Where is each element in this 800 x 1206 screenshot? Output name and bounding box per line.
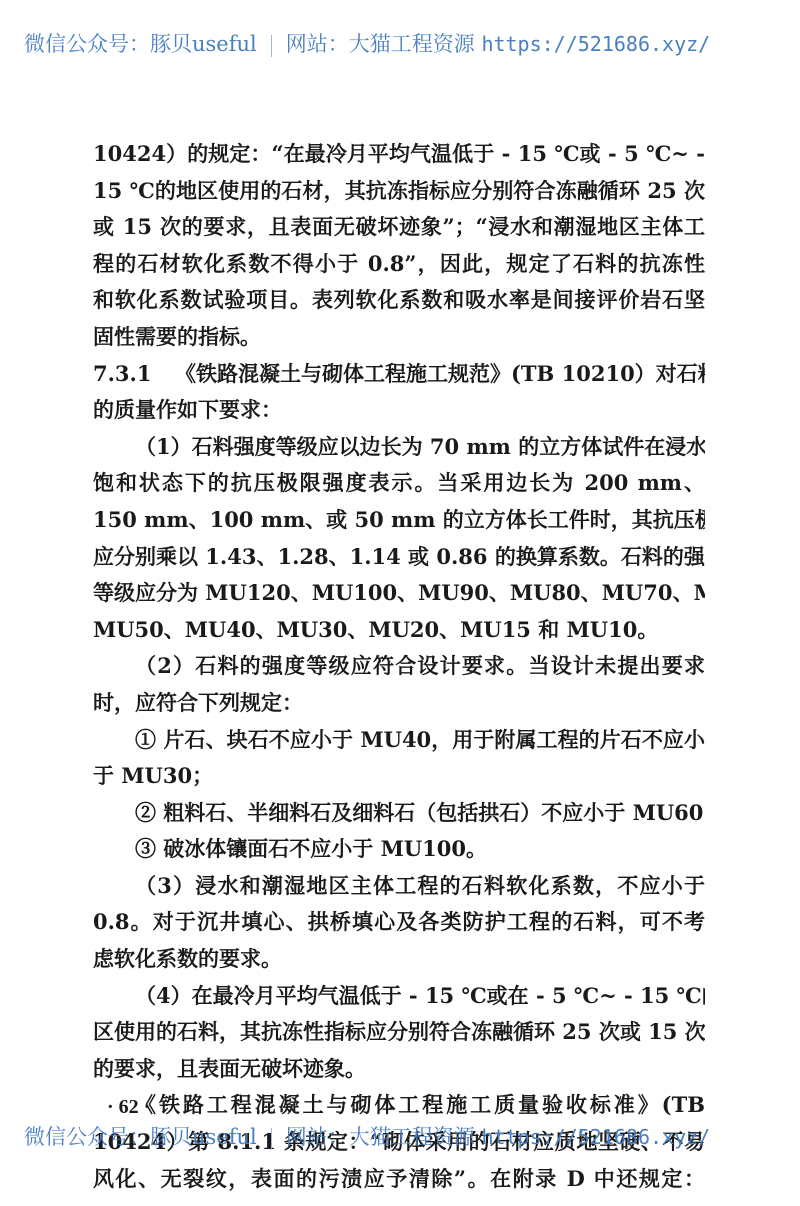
item-1-line: MU50、MU40、MU30、MU20、MU15 和 MU10。 — [93, 612, 705, 649]
watermark-divider — [271, 1128, 272, 1150]
watermark-site: 网站：大猫工程资源 — [286, 1125, 475, 1149]
item-3-line: 虑软化系数的要求。 — [93, 941, 705, 978]
watermark-url[interactable]: https://521686.xyz/ — [481, 1125, 710, 1149]
section-heading: 7.3.1《铁路混凝土与砌体工程施工规范》(TB 10210）对石料 — [93, 356, 705, 393]
watermark-divider — [271, 35, 272, 57]
sub-item-1: ① 片石、块石不应小于 MU40，用于附属工程的片石不应小 — [93, 722, 705, 759]
watermark-url[interactable]: https://521686.xyz/ — [481, 32, 710, 56]
watermark-wechat: 微信公众号：豚贝useful — [24, 1125, 257, 1149]
watermark-footer: 微信公众号：豚贝useful网站：大猫工程资源 https://521686.x… — [24, 1121, 784, 1151]
item-1-line: 等级应分为 MU120、MU100、MU90、MU80、MU70、MU60、 — [93, 575, 705, 612]
document-page: 10424）的规定：“在最冷月平均气温低于 - 15 ℃或 - 5 ℃~ - 1… — [93, 136, 705, 1197]
body-line: 程的石材软化系数不得小于 0.8”，因此，规定了石料的抗冻性 — [93, 246, 705, 283]
watermark-site: 网站：大猫工程资源 — [286, 32, 475, 56]
item-4-line: 区使用的石料，其抗冻性指标应分别符合冻融循环 25 次或 15 次 — [93, 1014, 705, 1051]
watermark-header: 微信公众号：豚贝useful网站：大猫工程资源 https://521686.x… — [24, 28, 784, 58]
standard-line: 风化、无裂纹，表面的污渍应予清除”。在附录 D 中还规定： — [93, 1161, 705, 1198]
item-2-line: 时，应符合下列规定： — [93, 685, 705, 722]
body-line: 15 ℃的地区使用的石材，其抗冻指标应分别符合冻融循环 25 次 — [93, 173, 705, 210]
body-line: 和软化系数试验项目。表列软化系数和吸水率是间接评价岩石坚 — [93, 282, 705, 319]
body-line: 10424）的规定：“在最冷月平均气温低于 - 15 ℃或 - 5 ℃~ - — [93, 136, 705, 173]
section-number: 7.3.1 — [93, 356, 175, 393]
body-line: 固性需要的指标。 — [93, 319, 705, 356]
standard-line: 《铁路工程混凝土与砌体工程施工质量验收标准》(TB — [93, 1087, 705, 1124]
item-4-line: （4）在最冷月平均气温低于 - 15 ℃或在 - 5 ℃~ - 15 ℃的地 — [93, 978, 705, 1015]
sub-item-3: ③ 破冰体镶面石不应小于 MU100。 — [93, 831, 705, 868]
body-line: 或 15 次的要求，且表面无破坏迹象”；“浸水和潮湿地区主体工 — [93, 209, 705, 246]
sub-item-2: ② 粗料石、半细料石及细料石（包括拱石）不应小于 MU60； — [93, 795, 705, 832]
item-3-line: （3）浸水和潮湿地区主体工程的石料软化系数，不应小于 — [93, 868, 705, 905]
page-number: · 62 · — [107, 1096, 150, 1119]
item-3-line: 0.8。对于沉井填心、拱桥填心及各类防护工程的石料，可不考 — [93, 904, 705, 941]
item-4-line: 的要求，且表面无破坏迹象。 — [93, 1051, 705, 1088]
section-title: 《铁路混凝土与砌体工程施工规范》(TB 10210）对石料 — [175, 361, 705, 386]
item-1-line: 150 mm、100 mm、或 50 mm 的立方体长工件时，其抗压极限强度 — [93, 502, 705, 539]
item-1-line: （1）石料强度等级应以边长为 70 mm 的立方体试件在浸水 — [93, 429, 705, 466]
section-title-cont: 的质量作如下要求： — [93, 392, 705, 429]
watermark-wechat: 微信公众号：豚贝useful — [24, 32, 257, 56]
item-2-line: （2）石料的强度等级应符合设计要求。当设计未提出要求 — [93, 648, 705, 685]
item-1-line: 应分别乘以 1.43、1.28、1.14 或 0.86 的换算系数。石料的强度 — [93, 539, 705, 576]
item-1-line: 饱和状态下的抗压极限强度表示。当采用边长为 200 mm、 — [93, 465, 705, 502]
sub-item-1-cont: 于 MU30； — [93, 758, 705, 795]
